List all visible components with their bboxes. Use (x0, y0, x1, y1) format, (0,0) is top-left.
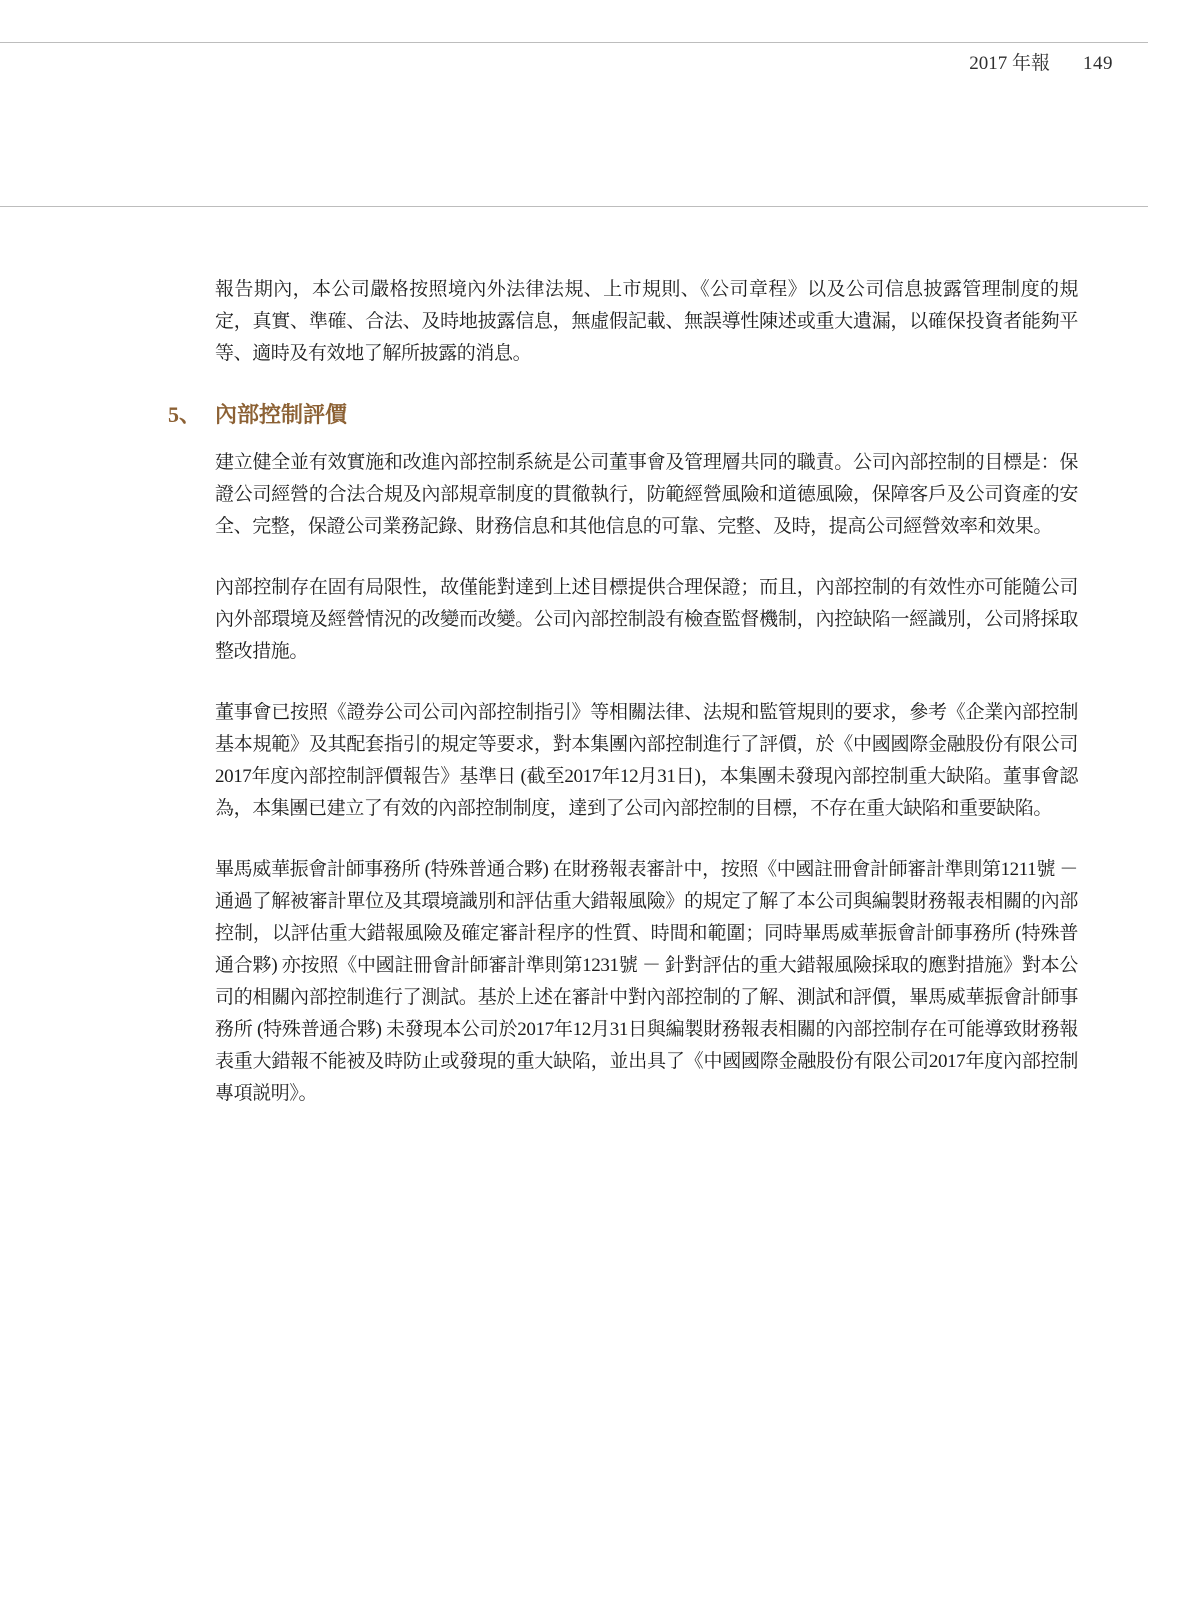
section-heading: 5、內部控制評價 (168, 399, 1078, 431)
report-title: 2017 年報 (969, 53, 1050, 74)
section-number: 5、 (168, 399, 215, 431)
paragraph-disclosure: 報告期內，本公司嚴格按照境內外法律法規、上市規則、《公司章程》以及公司信息披露管… (215, 274, 1078, 370)
document-body: 報告期內，本公司嚴格按照境內外法律法規、上市規則、《公司章程》以及公司信息披露管… (215, 274, 1078, 1110)
section-title: 內部控制評價 (215, 402, 347, 427)
paragraph-control-limitation: 內部控制存在固有局限性，故僅能對達到上述目標提供合理保證；而且，內部控制的有效性… (215, 572, 1078, 668)
paragraph-board-evaluation: 董事會已按照《證券公司公司內部控制指引》等相關法律、法規和監管規則的要求，參考《… (215, 697, 1078, 825)
page-header: 2017 年報149 (0, 48, 1113, 75)
top-divider (0, 42, 1148, 43)
paragraph-control-objective: 建立健全並有效實施和改進內部控制系統是公司董事會及管理層共同的職責。公司內部控制… (215, 447, 1078, 543)
page-number: 149 (1083, 53, 1113, 74)
paragraph-auditor-statement: 畢馬威華振會計師事務所 (特殊普通合夥) 在財務報表審計中，按照《中國註冊會計師… (215, 854, 1078, 1110)
header-divider (0, 206, 1148, 207)
